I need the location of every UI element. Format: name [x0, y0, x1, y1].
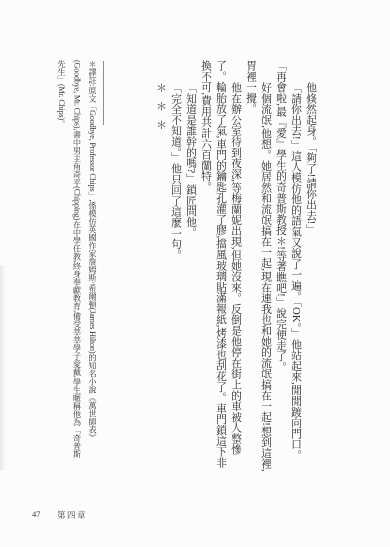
page-edge-shadow: [0, 265, 6, 470]
footnote-text: ＊譯註:原文「Goodbye, Professor Chips」,係模仿英國作家…: [54, 60, 101, 458]
book-page: 他倏然起身。「夠了!請你出去!」 「請你出去!」這人模仿他的語氣又說了一遍。「O…: [0, 0, 390, 547]
paragraph: 「知道是誰幹的嗎?」鎖匠問他。: [183, 60, 198, 472]
paragraph: 「請你出去!」這人模仿他的語氣又說了一遍。「OK。」他站起來,閒閒踱向門口。「再…: [273, 60, 303, 472]
page-number: 47: [32, 509, 41, 519]
paragraph: 「完全不知道。」他只回了這麼一句。: [168, 60, 183, 472]
footnote-block: ＊譯註:原文「Goodbye, Professor Chips」,係模仿英國作家…: [54, 60, 101, 458]
main-text-block: 他倏然起身。「夠了!請你出去!」 「請你出去!」這人模仿他的語氣又說了一遍。「O…: [153, 60, 318, 472]
paragraph: 好個流氓,他想。她居然和流氓搞在一起,現在連我也和她的流氓搞在一起!想到這裡,胃…: [243, 60, 273, 472]
paragraph: 他在辦公室待到夜深,等梅蘭妮出現,但她沒來。反倒是他停在街上的車被人整慘了。輪胎…: [198, 60, 243, 472]
section-break-asterisks: ＊＊＊: [153, 60, 168, 472]
paragraph: 他倏然起身。「夠了!請你出去!」: [303, 60, 318, 472]
chapter-title: 第四章: [57, 509, 87, 521]
footnote-separator-rule: [103, 61, 104, 125]
